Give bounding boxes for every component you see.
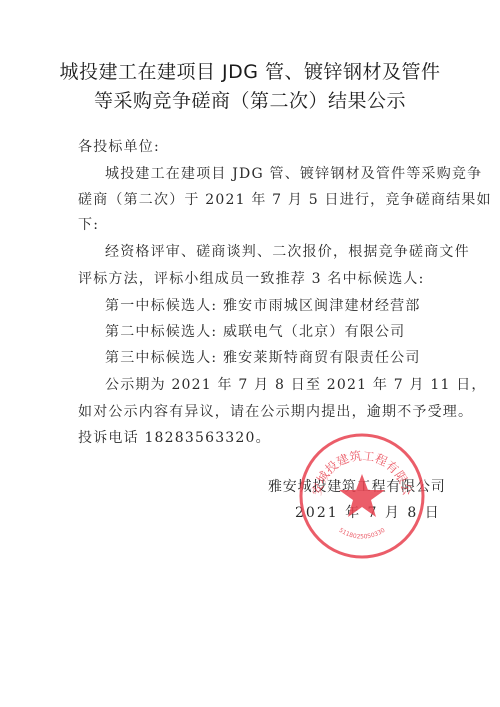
paragraph-1-line-2: 磋商（第二次）于 2021 年 7 月 5 日进行，竞争磋商结果如 [78,189,492,209]
company-seal-icon: 雅安城投建筑工程有限公司 5118025050330 [298,432,426,560]
paragraph-3-line-3: 投诉电话 18283563320。 [78,427,271,447]
candidate-2: 第二中标候选人: 威联电气（北京）有限公司 [105,321,405,341]
paragraph-1-line-3: 下: [78,214,99,234]
svg-text:雅安城投建筑工程有限公司: 雅安城投建筑工程有限公司 [298,432,415,497]
seal-text: 雅安城投建筑工程有限公司 [298,432,415,497]
candidate-3: 第三中标候选人: 雅安莱斯特商贸有限责任公司 [105,347,421,367]
paragraph-2-line-1: 经资格评审、磋商谈判、二次报价，根据竞争磋商文件 [105,241,470,261]
candidate-3-label: 第三中标候选人: [105,350,217,366]
paragraph-3-line-1: 公示期为 2021 年 7 月 8 日至 2021 年 7 月 11 日， [105,374,487,394]
document-title-line-1: 城投建工在建项目 JDG 管、镀锌钢材及管件 [0,57,500,84]
svg-text:5118025050330: 5118025050330 [338,527,387,541]
candidate-2-name: 威联电气（北京）有限公司 [223,324,405,340]
candidate-1-name: 雅安市雨城区闽津建材经营部 [223,298,421,314]
document-title-line-2: 等采购竞争磋商（第二次）结果公示 [0,86,500,113]
salutation: 各投标单位: [78,136,160,156]
candidate-1: 第一中标候选人: 雅安市雨城区闽津建材经营部 [105,295,421,315]
paragraph-1-line-1: 城投建工在建项目 JDG 管、镀锌钢材及管件等采购竞争 [105,163,482,183]
candidate-2-label: 第二中标候选人: [105,324,217,340]
candidate-3-name: 雅安莱斯特商贸有限责任公司 [223,350,421,366]
paragraph-3-line-2: 如对公示内容有异议，请在公示期内提出，逾期不予受理。 [78,401,473,421]
seal-code: 5118025050330 [338,527,387,541]
candidate-1-label: 第一中标候选人: [105,298,217,314]
paragraph-2-line-2: 评标方法，评标小组成员一致推荐 3 名中标候选人: [78,268,425,288]
